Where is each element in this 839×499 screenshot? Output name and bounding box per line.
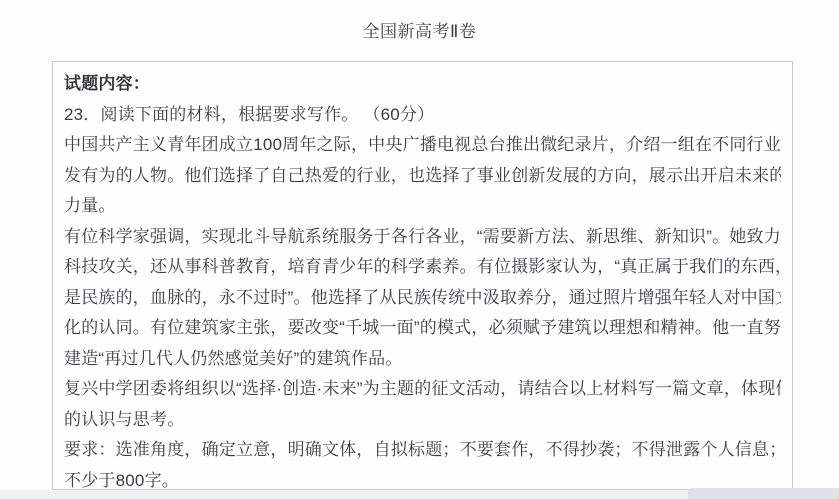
question-heading: 试题内容： [64,69,781,100]
question-line: 科技攻关，还从事科普教育，培育青少年的科学素养。有位摄影家认为，“真正属于我们的… [64,252,781,283]
question-line: 23．阅读下面的材料，根据要求写作。 （60分） [64,100,781,131]
question-line: 中国共产主义青年团成立100周年之际，中央广播电视总台推出微纪录片，介绍一组在不… [64,130,781,161]
question-line: 是民族的，血脉的，永不过时”。他选择了从民族传统中汲取养分，通过照片增强年轻人对… [64,283,781,314]
question-line: 力量。 [64,191,781,222]
question-line: 有位科学家强调，实现北斗导航系统服务于各行各业，“需要新方法、新思维、新知识”。… [64,222,781,253]
question-line: 不少于800字。 [64,466,781,491]
partial-element-edge [688,488,839,499]
question-content-box: 试题内容： 23．阅读下面的材料，根据要求写作。 （60分） 中国共产主义青年团… [52,61,793,490]
question-line: 复兴中学团委将组织以“选择·创造·未来”为主题的征文活动，请结合以上材料写一篇文… [64,374,781,405]
question-line: 要求：选准角度，确定立意，明确文体，自拟标题；不要套作，不得抄袭；不得泄露个人信… [64,435,781,466]
question-line: 化的认同。有位建筑家主张，要改变“千城一面”的模式，必须赋予建筑以理想和精神。他… [64,313,781,344]
question-line: 发有为的人物。他们选择了自己热爱的行业，也选择了事业创新发展的方向，展示出开启未… [64,161,781,192]
exam-page: 全国新高考Ⅱ卷 试题内容： 23．阅读下面的材料，根据要求写作。 （60分） 中… [0,0,839,499]
page-title: 全国新高考Ⅱ卷 [0,17,839,42]
question-line: 的认识与思考。 [64,405,781,436]
question-line: 建造“再过几代人仍然感觉美好”的建筑作品。 [64,344,781,375]
